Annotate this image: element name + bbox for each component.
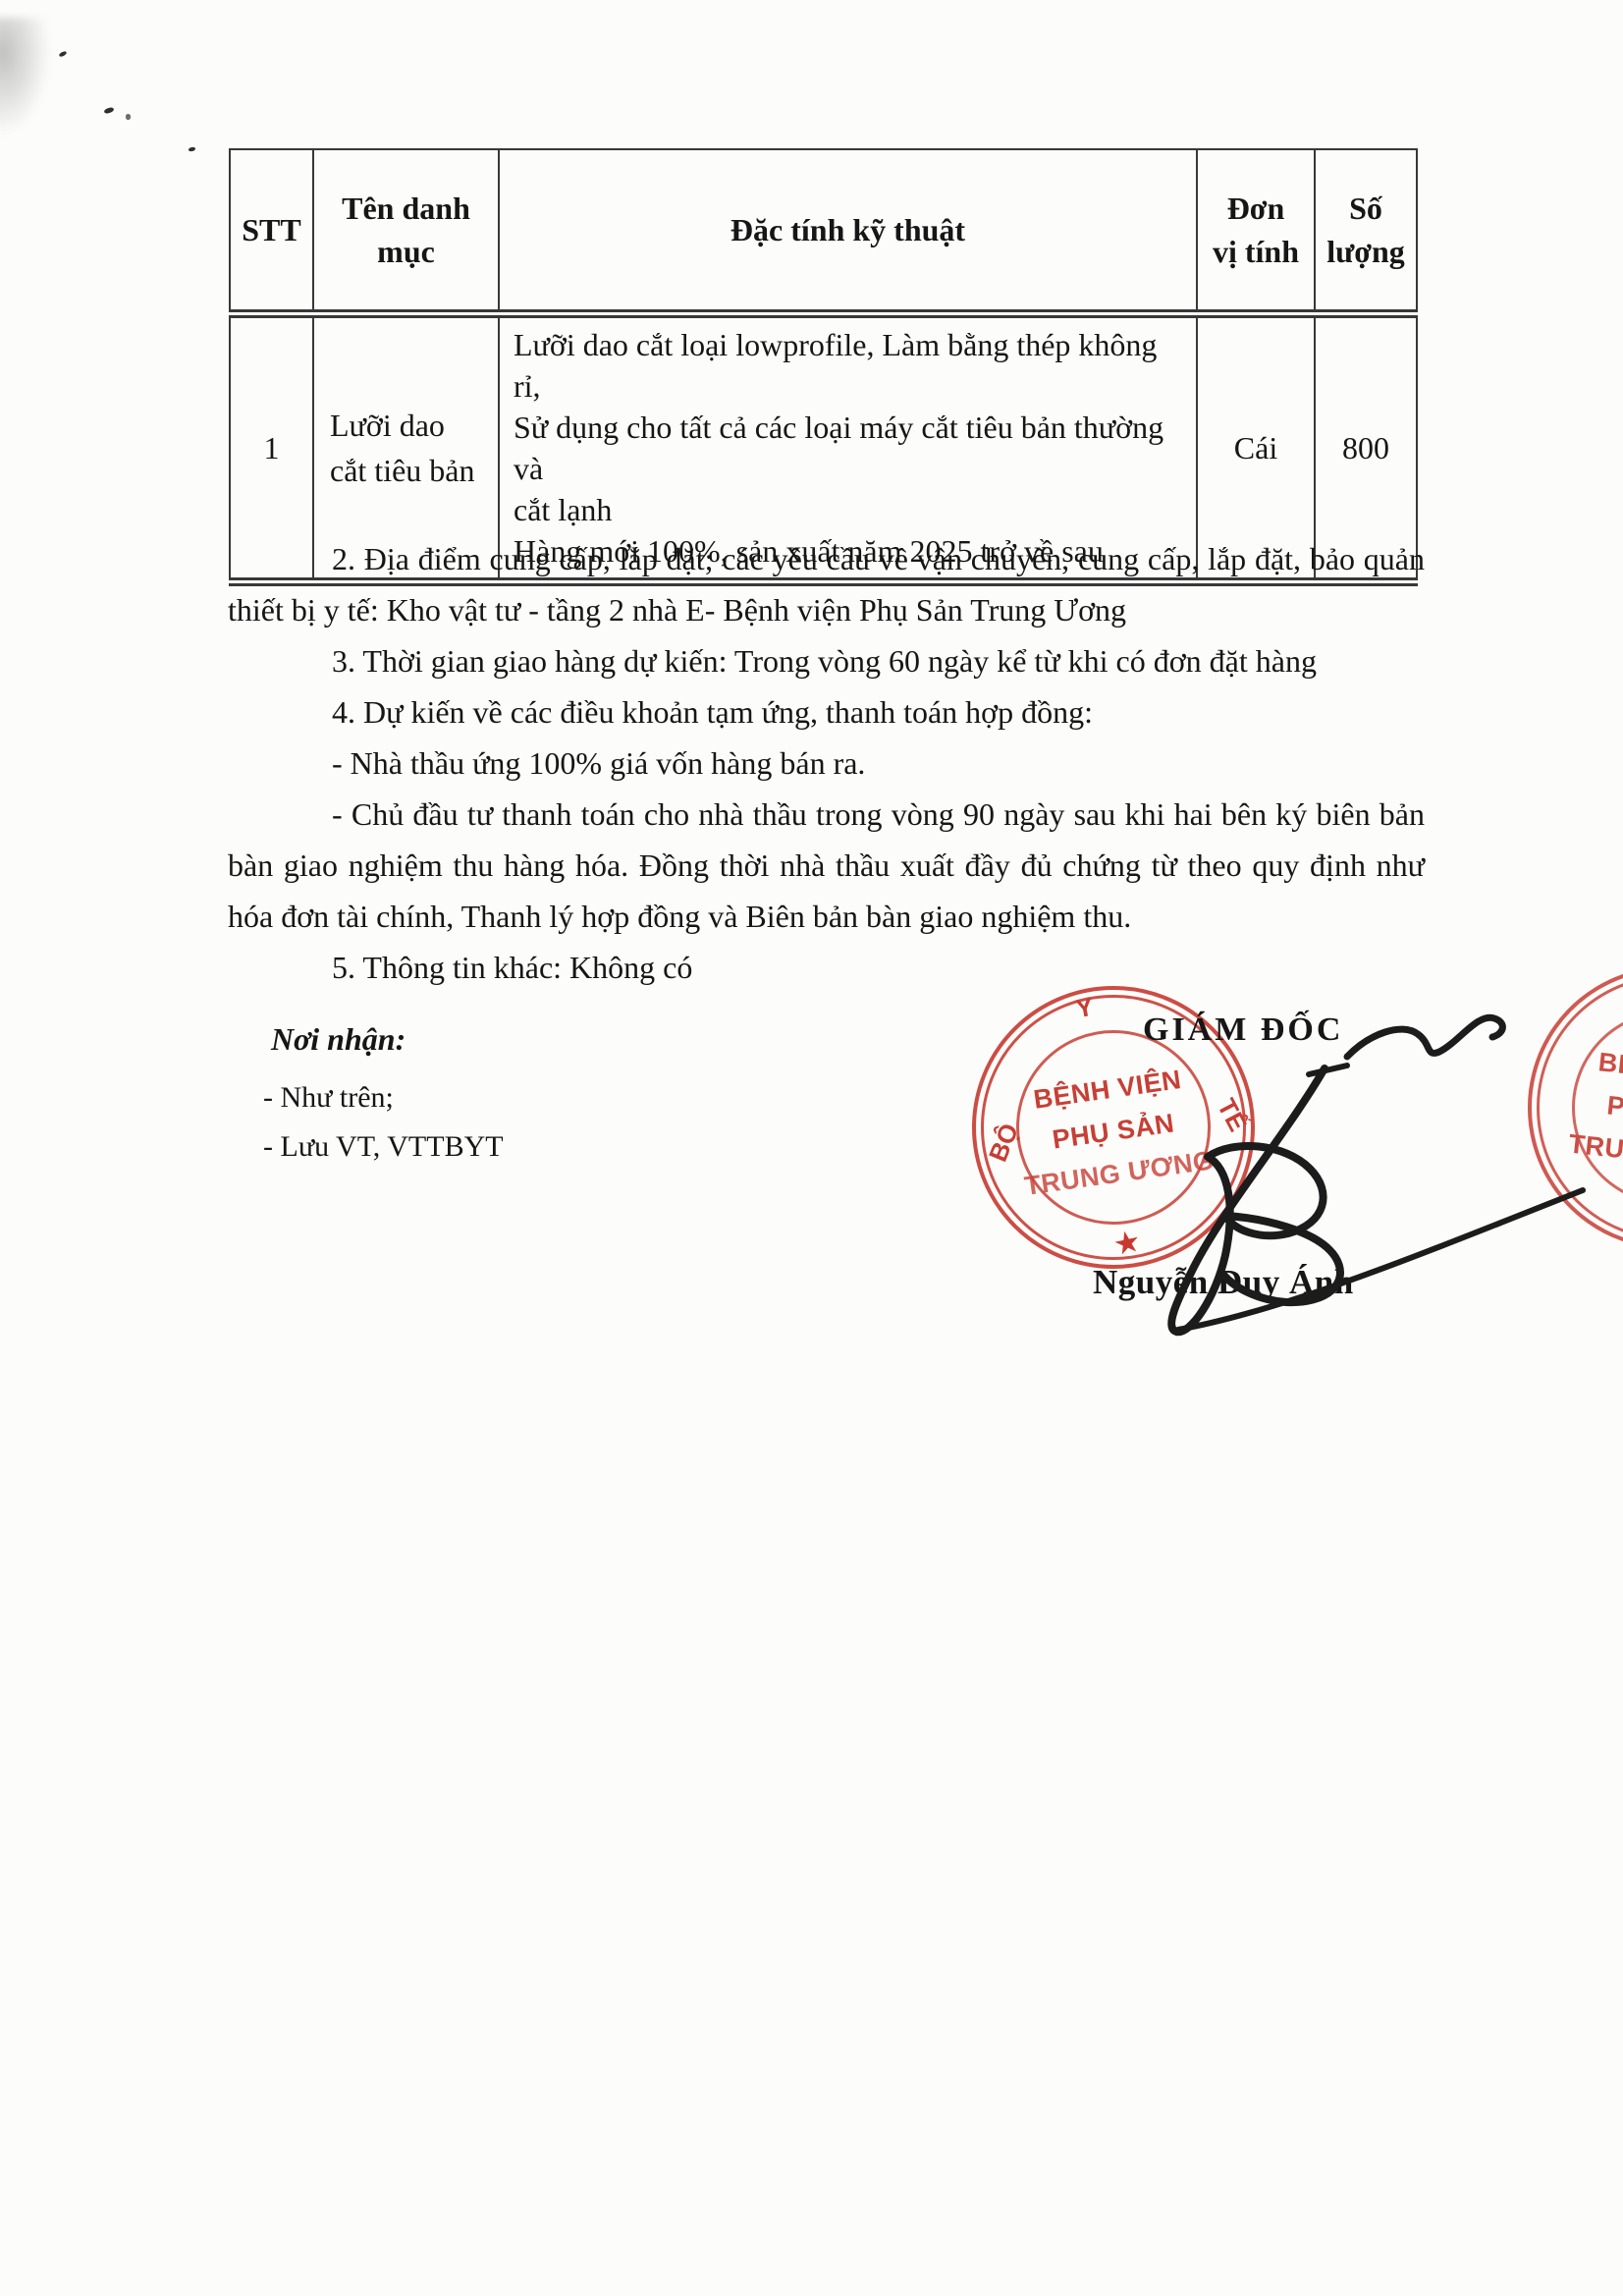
header-don-vi-tinh: Đơn vị tính (1197, 149, 1315, 314)
signer-title: GIÁM ĐỐC (1143, 1011, 1343, 1049)
recipient-item: - Như trên; (263, 1073, 504, 1122)
paragraph-3: 3. Thời gian giao hàng dự kiến: Trong vò… (228, 635, 1425, 686)
scan-speck (126, 114, 131, 120)
dac-tinh-line: Sử dụng cho tất cả các loại máy cắt tiêu… (514, 407, 1186, 489)
items-table-header: STT Tên danh mục Đặc tính kỹ thuật Đơn v… (230, 149, 1417, 314)
document-body: 2. Địa điểm cung cấp, lắp đặt; các yêu c… (228, 533, 1425, 993)
header-ten-danh-muc: Tên danh mục (313, 149, 499, 314)
header-so-luong: Số lượng (1315, 149, 1417, 314)
hospital-round-stamp-partial: Y BỆNH VIỆN PHỤ SẢN TRUNG ƯƠNG (1497, 936, 1623, 1279)
recipients-block: Nơi nhận: - Như trên; - Lưu VT, VTTBYT (263, 1021, 504, 1172)
scan-speck (189, 146, 196, 151)
paragraph-payment: - Chủ đầu tư thanh toán cho nhà thầu tro… (228, 789, 1425, 942)
recipients-heading: Nơi nhận: (271, 1021, 504, 1058)
scan-speck (103, 107, 114, 115)
scanned-document-page: STT Tên danh mục Đặc tính kỹ thuật Đơn v… (0, 0, 1623, 2296)
header-stt: STT (230, 149, 313, 314)
items-table: STT Tên danh mục Đặc tính kỹ thuật Đơn v… (229, 148, 1418, 586)
recipient-item: - Lưu VT, VTTBYT (263, 1122, 504, 1172)
header-row: STT Tên danh mục Đặc tính kỹ thuật Đơn v… (230, 149, 1417, 314)
header-dac-tinh: Đặc tính kỹ thuật (499, 149, 1197, 314)
dac-tinh-line: Lưỡi dao cắt loại lowprofile, Làm bằng t… (514, 324, 1186, 407)
scan-smudge (0, 18, 51, 136)
paragraph-2: 2. Địa điểm cung cấp, lắp đặt; các yêu c… (228, 533, 1425, 635)
signer-name: Nguyễn Duy Ánh (1093, 1263, 1354, 1302)
paragraph-4: 4. Dự kiến về các điều khoản tạm ứng, th… (228, 686, 1425, 738)
dac-tinh-line: cắt lạnh (514, 489, 1186, 530)
paragraph-advance: - Nhà thầu ứng 100% giá vốn hàng bán ra. (228, 738, 1425, 789)
scan-speck (59, 50, 68, 57)
